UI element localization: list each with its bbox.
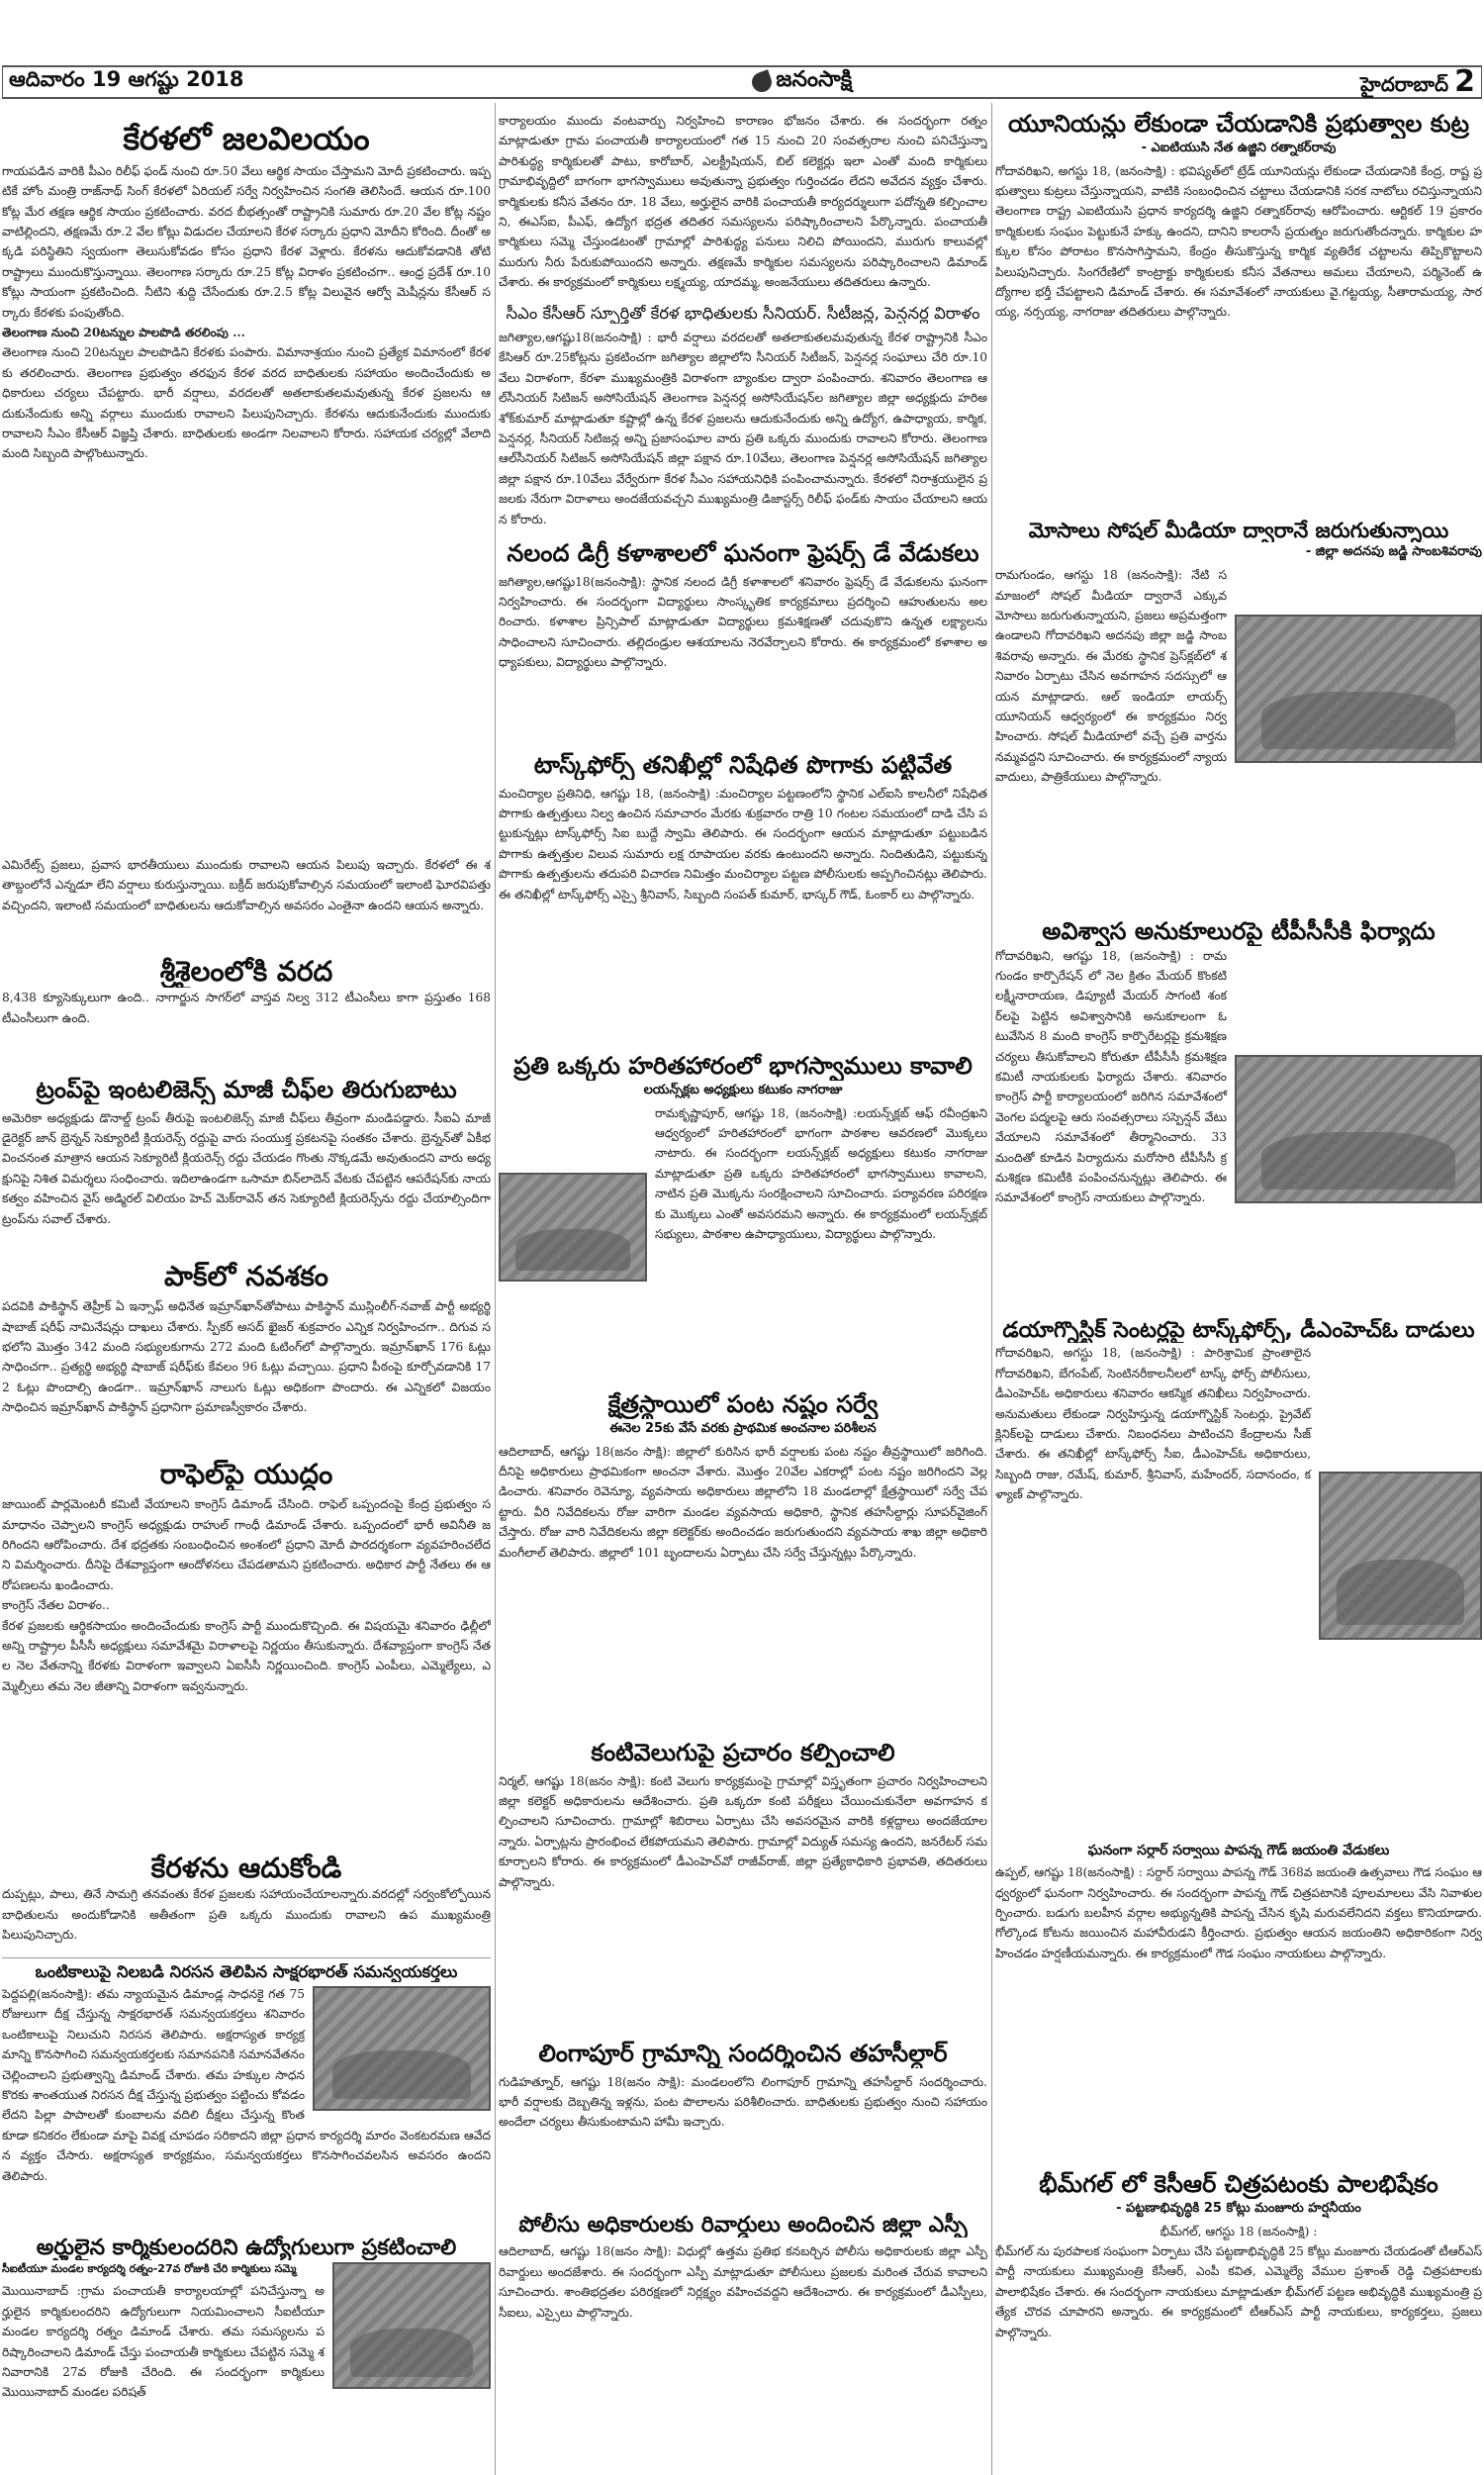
article-body: గోదావరిఖని, అగస్టు 18, (జనంసాక్షి) : భవి… (995, 161, 1482, 323)
meeting-photo (1235, 1055, 1482, 1203)
article-subhead: - పట్టణాభివృద్ధికి 25 కోట్లు మంజూరు హర్ష… (995, 2201, 1482, 2219)
article-body: తెలంగాణ నుంచి 20టన్నుల పాలపొడిని కేరళకు … (2, 342, 491, 463)
masthead: ఆదివారం 19 ఆగష్టు 2018 జనంసాక్షి హైదరాబా… (2, 65, 1482, 99)
article-srisailam: శ్రీశైలంలోకి వరద 8,438 క్యూసెక్కులుగా ఉం… (2, 956, 491, 1055)
article-senior-citizens: సీఎం కేసీఆర్ స్పూర్తితో కేరళ భాధితులకు స… (499, 301, 987, 538)
article-body: జాయింట్ పార్లమెంటరీ కమిటీ వేయాలని కాంగ్ర… (2, 1494, 491, 1595)
newspaper-logo: జనంసాక్షి (752, 67, 852, 97)
raid-photo (1319, 1472, 1482, 1640)
article-dateline: భీమ్‌గల్, ఆగస్టు 18 (జనంసాక్షి) : (995, 2222, 1482, 2241)
headline: సీఎం కేసీఆర్ స్పూర్తితో కేరళ భాధితులకు స… (499, 305, 987, 324)
article-body: అమెరికా అధ్యక్షుడు డొనాల్డ్ ట్రంప్ తీరుప… (2, 1108, 491, 1229)
edition-city: హైదరాబాద్ (1360, 72, 1448, 101)
article-body: గుడిహత్నూర్, ఆగష్టు 18(జనం సాక్షి): మండల… (499, 2072, 987, 2133)
article-subhead: - ఎఐటియుసి నేత ఉజ్జిని రత్నాకర్‌రావు (995, 141, 1482, 158)
article-body: పదవికి పాకిస్థాన్ తెహ్రీక్ ఏ ఇన్సాఫ్ అధి… (2, 1296, 491, 1417)
article-subhead: ఈనెల 25కు వేసే వరకు ప్రాథమిక అంచనాల పరిశ… (499, 1421, 987, 1439)
article-subhead: లయన్స్‌క్లబ అధ్యక్షులు కటుకం నాగరాజు (499, 1083, 987, 1100)
headline: కేరళలో జలవిలయం (2, 121, 491, 157)
top-margin (0, 0, 1484, 63)
column-1: కేరళలో జలవిలయం గాయపడిన వారికి పీఎం రిలీఫ… (2, 103, 491, 2475)
article-social-media: మోసాలు సోషల్ మీడియా ద్వారానే జరుగుతున్నా… (995, 519, 1482, 914)
article-body: ఉప్పల్, ఆగష్టు 18(జనంసాక్షి) : సర్దార్ స… (995, 1862, 1482, 1963)
logo-icon (750, 69, 776, 95)
article-lingapur: లింగాపూర్ గ్రామాన్ని సందర్శించిన తహసీల్ద… (499, 2041, 987, 2209)
headline: క్షేత్రస్థాయిలో పంట నష్టం సర్వే (499, 1391, 987, 1419)
column-divider (991, 103, 992, 2475)
article-body: 8,438 క్యూసెక్కులుగా ఉంది.. నాగార్జున సా… (2, 988, 491, 1028)
article-subhead: తెలంగాణ నుంచి 20టన్నుల పాలపొడి తరలింపు .… (2, 323, 491, 342)
headline: ఒంటికాలుపై నిలబడి నిరసన తెలిపిన సాక్షరభా… (2, 1963, 491, 1982)
lions-club-photo (499, 1173, 647, 1282)
article-body: ఆదిలాబాద్, ఆగష్టు 18(జనం సాక్షి): జిల్లా… (499, 1442, 987, 1563)
newspaper-name: జనంసాక్షి (776, 67, 852, 97)
headline: రాఫెల్‌పై యుద్ధం (2, 1459, 491, 1490)
article-body: కార్యాలయం ముందు వంటవార్పు నిర్వహించి కార… (499, 111, 987, 293)
headline: యూనియన్లు లేకుండా చేయడానికి ప్రభుత్వాల క… (995, 111, 1482, 139)
headline: టాస్క్‌ఫోర్స్ తనిఖీల్లో నిషేధిత పొగాకు ప… (499, 752, 987, 780)
article-body: గాయపడిన వారికి పీఎం రిలీఫ్ ఫండ్ నుంచి రూ… (2, 161, 491, 323)
strike-photo (332, 2262, 491, 2389)
edition: హైదరాబాద్ 2 (1360, 64, 1475, 101)
headline: నలంద డిగ్రీ కళాశాలలో ఘనంగా ఫ్రెషర్స్ డే … (499, 540, 987, 568)
article-kerala-floods: కేరళలో జలవిలయం గాయపడిన వారికి పీఎం రిలీఫ… (2, 103, 491, 855)
headline: మోసాలు సోషల్ మీడియా ద్వారానే జరుగుతున్నా… (995, 519, 1482, 542)
headline: కంటివెలుగుపై ప్రచారం కల్పించాలి (499, 1740, 987, 1767)
article-trump: ట్రంప్‌పై ఇంటలిజెన్స్ మాజీ చీఫ్‌ల తిరుగు… (2, 1077, 491, 1255)
headline: కేరళను ఆదుకోండి (2, 1853, 491, 1884)
divider (2, 1957, 491, 1958)
article-papanna-goud: ఘనంగా సర్దార్ సర్వాయి పాపన్న గౌడ్ జయంతి … (995, 1841, 1482, 2167)
article-body: కేరళ ప్రజలకు ఆర్థికసాయం అందించేందుకు కాం… (2, 1616, 491, 1697)
article-body: మంచిర్యాల ప్రతినిధి, ఆగష్టు 18, (జనంసాక్… (499, 784, 987, 904)
headline: ట్రంప్‌పై ఇంటలిజెన్స్ మాజీ చీఫ్‌ల తిరుగు… (2, 1077, 491, 1104)
article-body: దుప్పట్లు, పాలు, తినే సామగ్రి తనవంతు కేర… (2, 1884, 491, 1945)
article-nalanda: నలంద డిగ్రీ కళాశాలలో ఘనంగా ఫ్రెషర్స్ డే … (499, 540, 987, 748)
headline: పాక్‌లో నవశకం (2, 1261, 491, 1292)
article-body: జగిత్యాల,ఆగష్టు18(జనంసాక్షి) : భారీ వర్ష… (499, 328, 987, 529)
headline: అవిశ్వాస అనుకూలురపై టీపీసీసీకి ఫిర్యాదు (995, 918, 1482, 946)
article-kanti-velugu: కంటివెలుగుపై ప్రచారం కల్పించాలి నిర్మల్,… (499, 1740, 987, 2037)
article-subhead: - జిల్లా అదనపు జడ్జి సాంబశివరావు (995, 544, 1482, 562)
column-3: యూనియన్లు లేకుండా చేయడానికి ప్రభుత్వాల క… (995, 103, 1482, 2475)
article-continuation: కార్యాలయం ముందు వంటవార్పు నిర్వహించి కార… (499, 111, 987, 299)
article-body: నిర్మల్, ఆగష్టు 18(జనం సాక్షి): కంటి వెల… (499, 1771, 987, 1892)
headline: డయాగ్నొస్టిక్ సెంటర్లపై టాస్క్‌ఫోర్స్, డ… (995, 1318, 1482, 1343)
article-body: ఎమిరేట్స్ ప్రజలు, ప్రవాస భారతీయులు ముందు… (2, 855, 491, 915)
article-workers: అర్హులైన కార్మికులందరిని ఉద్యోగులుగా ప్ర… (2, 2236, 491, 2473)
protest-photo (313, 1986, 491, 2111)
column-divider (495, 103, 496, 2475)
seminar-photo (1235, 615, 1482, 763)
page-number: 2 (1454, 64, 1475, 99)
article-body: జగిత్యాల,ఆగష్టు18(జనంసాక్షి): స్థానిక నల… (499, 572, 987, 673)
article-pakistan: పాక్‌లో నవశకం పదవికి పాకిస్థాన్ తెహ్రీక్… (2, 1261, 491, 1449)
article-haritha-haram: ప్రతి ఒక్కరు హరితహారంలో భాగస్వాములు కావా… (499, 1053, 987, 1389)
article-diagnostic-raids: డయాగ్నొస్టిక్ సెంటర్లపై టాస్క్‌ఫోర్స్, డ… (995, 1318, 1482, 1843)
headline: భీమ్‌గల్ లో కెసీఆర్ చిత్రపటంకు పాలభిషేకం (995, 2171, 1482, 2199)
article-saakshar-bharat: ఒంటికాలుపై నిలబడి నిరసన తెలిపిన సాక్షరభా… (2, 1963, 491, 2231)
article-police-rewards: పోలీసు అధికారులకు రివార్డులు అందించిన జి… (499, 2213, 987, 2475)
article-taskforce-tobacco: టాస్క్‌ఫోర్స్ తనిఖీల్లో నిషేధిత పొగాకు ప… (499, 752, 987, 1049)
issue-date: ఆదివారం 19 ఆగష్టు 2018 (9, 67, 244, 97)
column-2: కార్యాలయం ముందు వంటవార్పు నిర్వహించి కార… (499, 103, 987, 2475)
article-kerala-closing: ఎమిరేట్స్ ప్రజలు, ప్రవాస భారతీయులు ముందు… (2, 855, 491, 954)
article-no-confidence: అవిశ్వాస అనుకూలురపై టీపీసీసీకి ఫిర్యాదు … (995, 918, 1482, 1314)
article-rafale: రాఫెల్‌పై యుద్ధం జాయింట్ పార్లమెంటరీ కమి… (2, 1459, 491, 1855)
article-body: ఆదిలాబాద్, ఆగష్టు 18(జనం సాక్షి): విధుల్… (499, 2241, 987, 2323)
article-subhead: కాంగ్రెస్ నేతల విరాళం.. (2, 1595, 491, 1615)
article-unions-conspiracy: యూనియన్లు లేకుండా చేయడానికి ప్రభుత్వాల క… (995, 111, 1482, 515)
article-help-kerala: కేరళను ఆదుకోండి దుప్పట్లు, పాలు, తినే సా… (2, 1853, 491, 1951)
article-bheemgal: భీమ్‌గల్ లో కెసీఆర్ చిత్రపటంకు పాలభిషేకం… (995, 2171, 1482, 2475)
headline: శ్రీశైలంలోకి వరద (2, 956, 491, 988)
headline: పోలీసు అధికారులకు రివార్డులు అందించిన జి… (499, 2213, 987, 2237)
article-body: భీమ్‌గల్ ను పురపాలక సంఘంగా ఏర్పాటు చేసి … (995, 2241, 1482, 2342)
headline: ప్రతి ఒక్కరు హరితహారంలో భాగస్వాములు కావా… (499, 1053, 987, 1081)
article-crop-survey: క్షేత్రస్థాయిలో పంట నష్టం సర్వే ఈనెల 25క… (499, 1391, 987, 1738)
headline: ఘనంగా సర్దార్ సర్వాయి పాపన్న గౌడ్ జయంతి … (995, 1843, 1482, 1858)
headline: అర్హులైన కార్మికులందరిని ఉద్యోగులుగా ప్ర… (2, 2236, 491, 2260)
headline: లింగాపూర్ గ్రామాన్ని సందర్శించిన తహసీల్ద… (499, 2041, 987, 2068)
